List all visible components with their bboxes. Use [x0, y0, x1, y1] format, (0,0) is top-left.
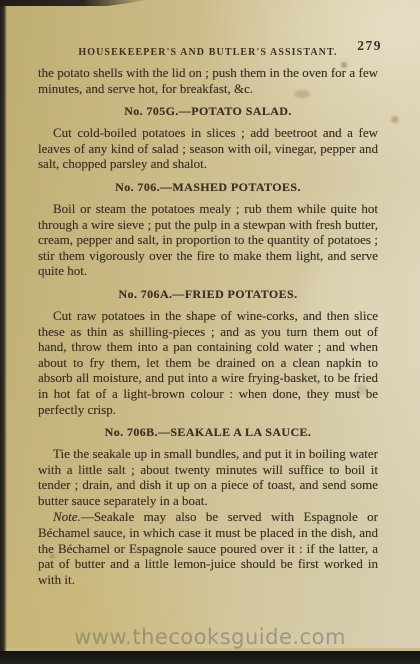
page-number: 279	[357, 38, 382, 54]
running-header-title: HOUSEKEEPER'S AND BUTLER'S ASSISTANT.	[78, 47, 337, 58]
recipe-note-seakale: Note.—Seakale may also be served with Es…	[38, 509, 378, 587]
book-edge-left	[0, 0, 7, 651]
recipe-heading-mashed-potatoes: No. 706.—MASHED POTATOES.	[38, 180, 378, 195]
watermark-text: www.thecooksguide.com	[0, 625, 420, 649]
recipe-fried-potatoes: No. 706A.—FRIED POTATOES. Cut raw potato…	[38, 287, 378, 417]
running-header: HOUSEKEEPER'S AND BUTLER'S ASSISTANT. 27…	[38, 42, 378, 57]
note-label: Note.	[53, 509, 81, 524]
page-content: HOUSEKEEPER'S AND BUTLER'S ASSISTANT. 27…	[0, 0, 420, 648]
book-page-photo: HOUSEKEEPER'S AND BUTLER'S ASSISTANT. 27…	[0, 0, 420, 664]
recipe-mashed-potatoes: No. 706.—MASHED POTATOES. Boil or steam …	[38, 180, 378, 279]
note-text: —Seakale may also be served with Espagno…	[38, 509, 378, 586]
recipe-potato-salad: No. 705G.—POTATO SALAD. Cut cold-boiled …	[38, 104, 378, 172]
book-page: HOUSEKEEPER'S AND BUTLER'S ASSISTANT. 27…	[0, 0, 420, 651]
recipe-body-fried-potatoes: Cut raw potatoes in the shape of wine-co…	[38, 308, 378, 417]
book-edge-bottom	[0, 651, 420, 664]
recipe-heading-seakale: No. 706B.—SEAKALE A LA SAUCE.	[38, 425, 378, 440]
paragraph-continuation: the potato shells with the lid on ; push…	[38, 65, 378, 96]
recipe-body-potato-salad: Cut cold-boiled potatoes in slices ; add…	[38, 125, 378, 172]
recipe-body-mashed-potatoes: Boil or steam the potatoes mealy ; rub t…	[38, 201, 378, 279]
recipe-body-seakale: Tie the seakale up in small bundles, and…	[38, 446, 378, 508]
recipe-heading-fried-potatoes: No. 706A.—FRIED POTATOES.	[38, 287, 378, 302]
recipe-seakale-a-la-sauce: No. 706B.—SEAKALE A LA SAUCE. Tie the se…	[38, 425, 378, 587]
recipe-heading-potato-salad: No. 705G.—POTATO SALAD.	[38, 104, 378, 119]
